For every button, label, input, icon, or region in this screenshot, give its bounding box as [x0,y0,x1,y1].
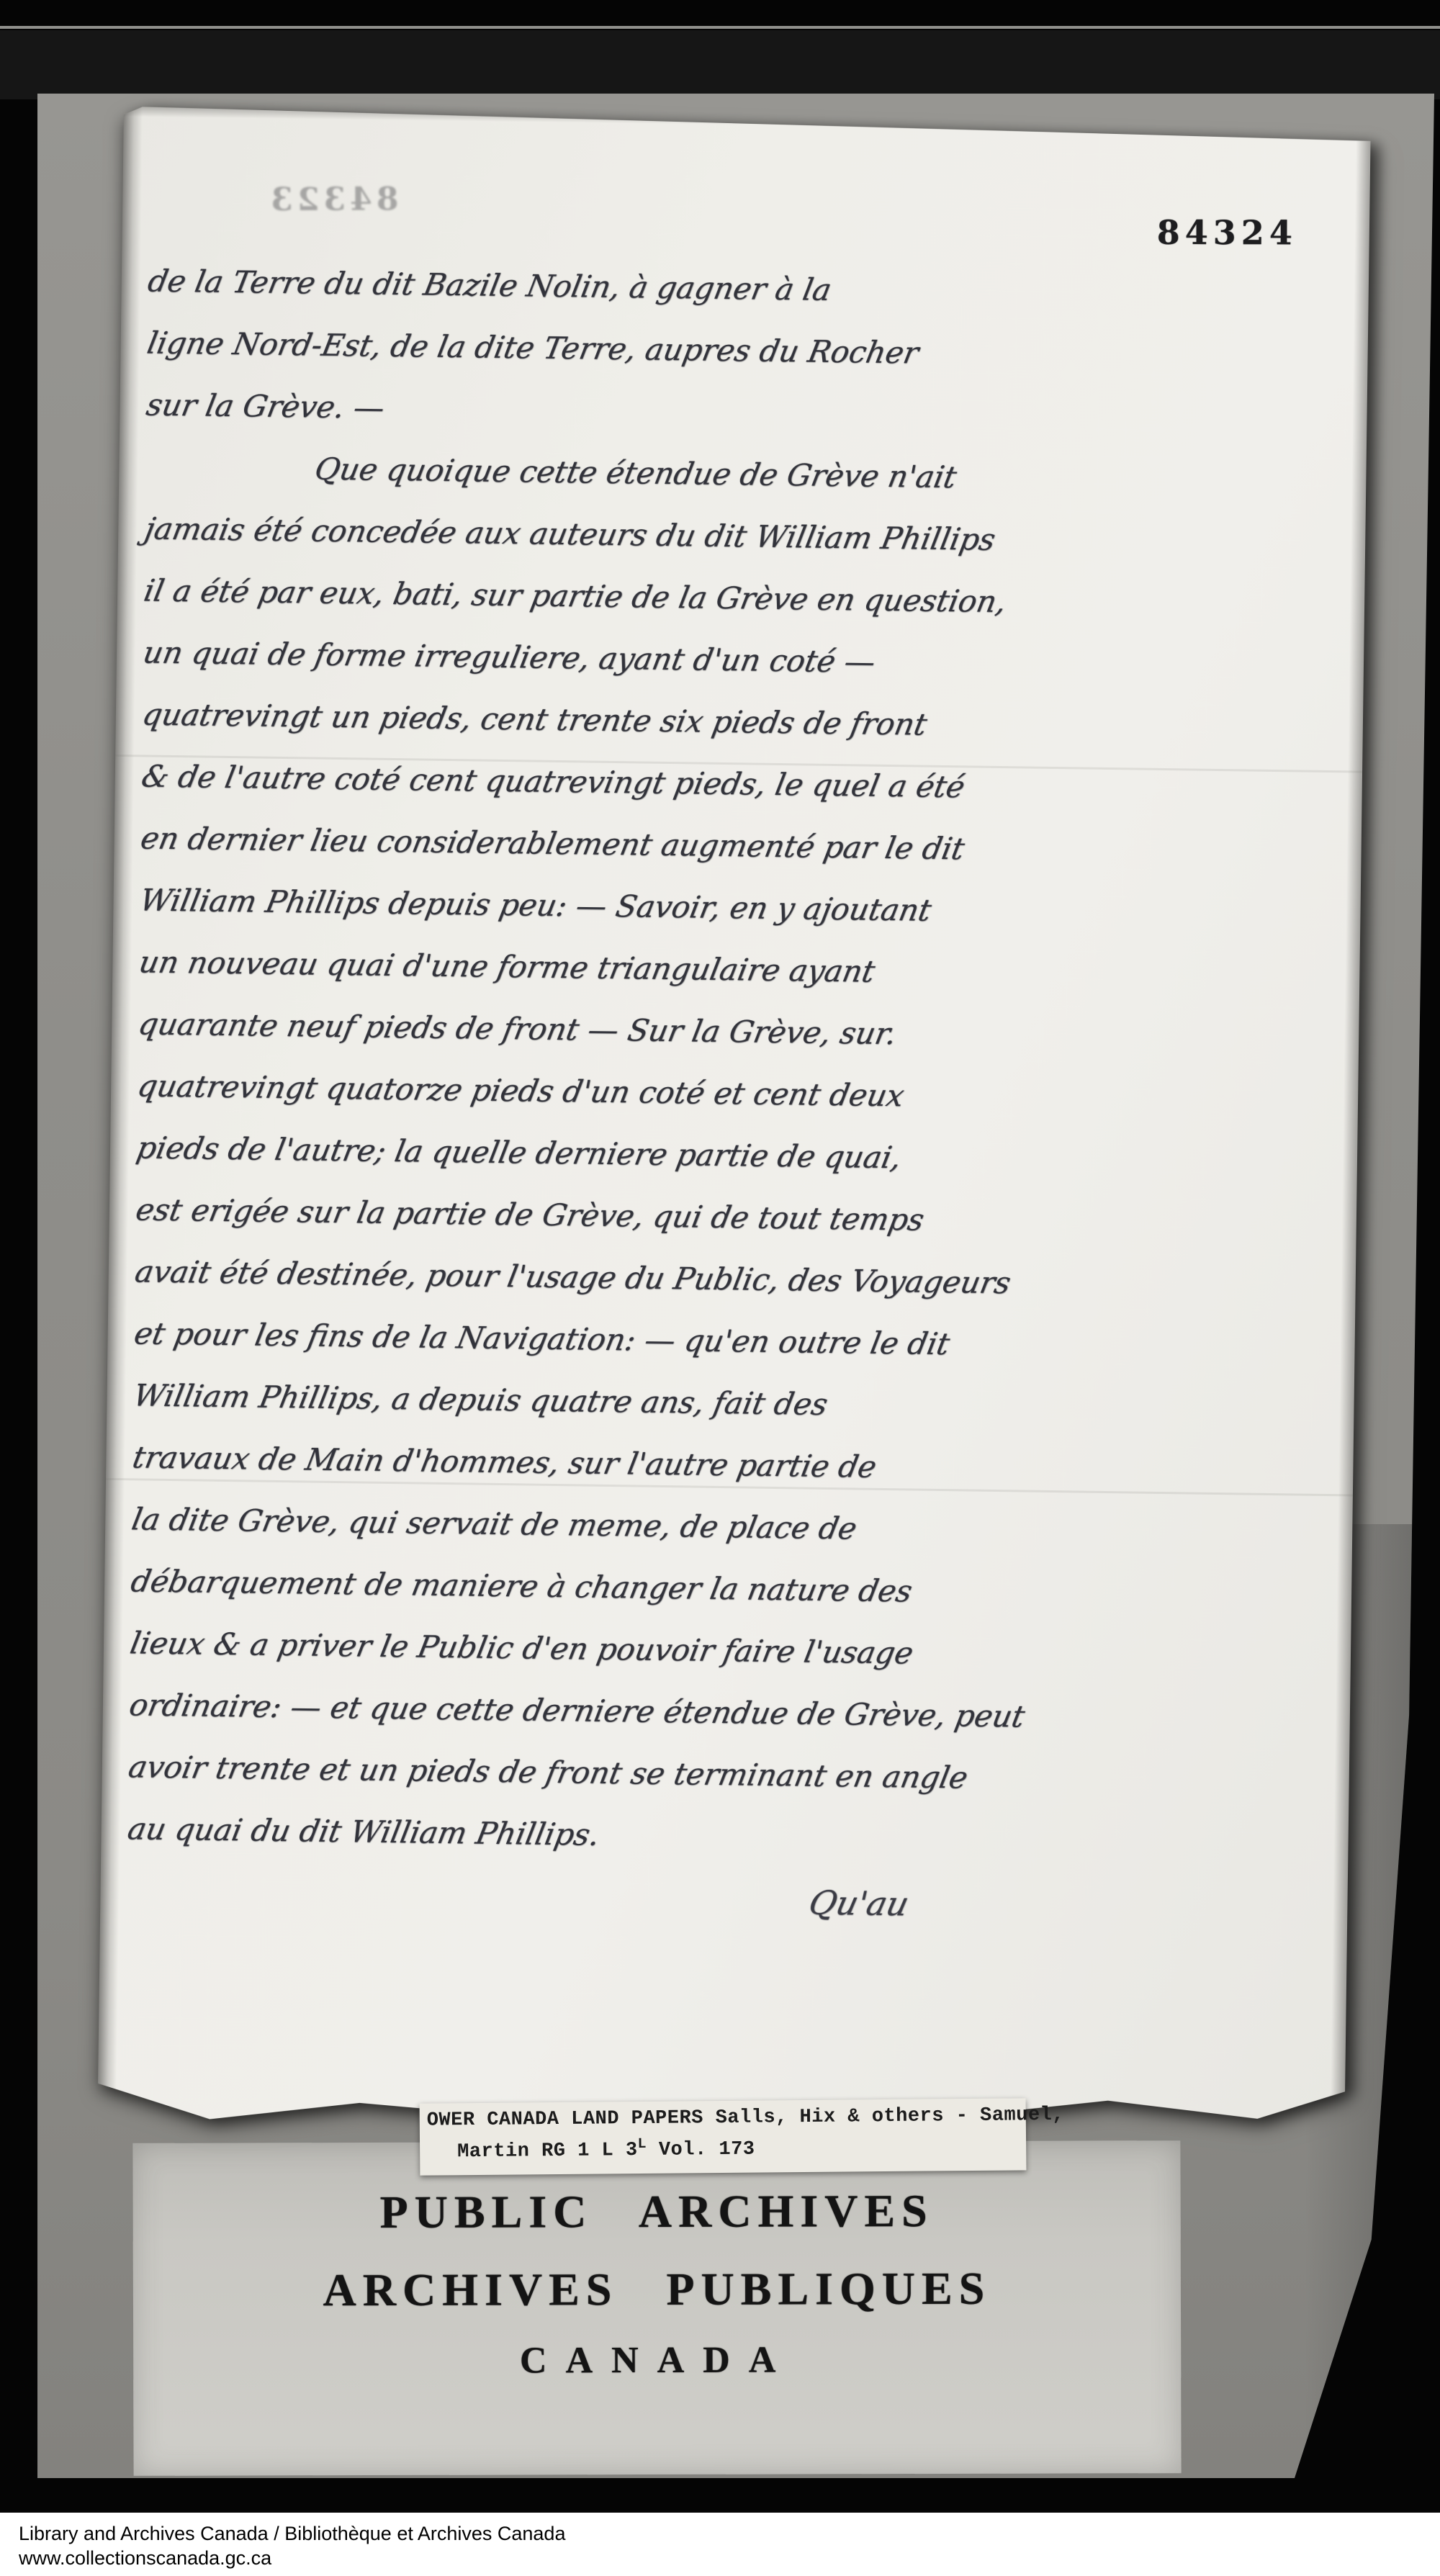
microfilm-scan: PUBLIC ARCHIVES ARCHIVES PUBLIQUES CANAD… [0,0,1440,2576]
film-frame-band [0,30,1440,99]
folio-number-bleedthrough: 84323 [266,181,398,218]
folio-number: 84324 [1157,213,1297,253]
stamp-line-french: ARCHIVES PUBLIQUES [169,2261,1145,2318]
label-superscript: L [638,2136,647,2153]
label-line-2: Martin RG 1 L 3L Vol. 173 [427,2128,1026,2165]
handwritten-text-block: de la Terre du dit Bazile Nolin, à gagne… [122,249,1329,1874]
label-line-2-prefix: Martin RG 1 L 3 [457,2140,638,2163]
stamp-line-english: PUBLIC ARCHIVES [169,2184,1145,2240]
stamp-sheet: PUBLIC ARCHIVES ARCHIVES PUBLIQUES CANAD… [132,2140,1181,2476]
footer-line-1: Library and Archives Canada / Bibliothèq… [19,2521,565,2546]
manuscript-page: 84323 84324 de la Terre du dit Bazile No… [97,107,1371,2140]
footer-line-2: www.collectionscanada.gc.ca [19,2546,565,2570]
film-frame-line [0,26,1440,29]
manuscript-page-wrap: 84323 84324 de la Terre du dit Bazile No… [97,107,1371,2140]
footer-text: Library and Archives Canada / Bibliothèq… [19,2521,565,2570]
stamp-line-canada: CANADA [169,2338,1145,2383]
archival-reference-label: OWER CANADA LAND PAPERS Salls, Hix & oth… [420,2098,1027,2175]
catchword: Qu'au [805,1883,912,1924]
label-line-1: OWER CANADA LAND PAPERS Salls, Hix & oth… [427,2102,1026,2133]
public-archives-stamp: PUBLIC ARCHIVES ARCHIVES PUBLIQUES CANAD… [169,2184,1146,2383]
label-line-2-suffix: Vol. 173 [647,2139,755,2161]
footer-bar: Library and Archives Canada / Bibliothèq… [0,2513,1440,2576]
